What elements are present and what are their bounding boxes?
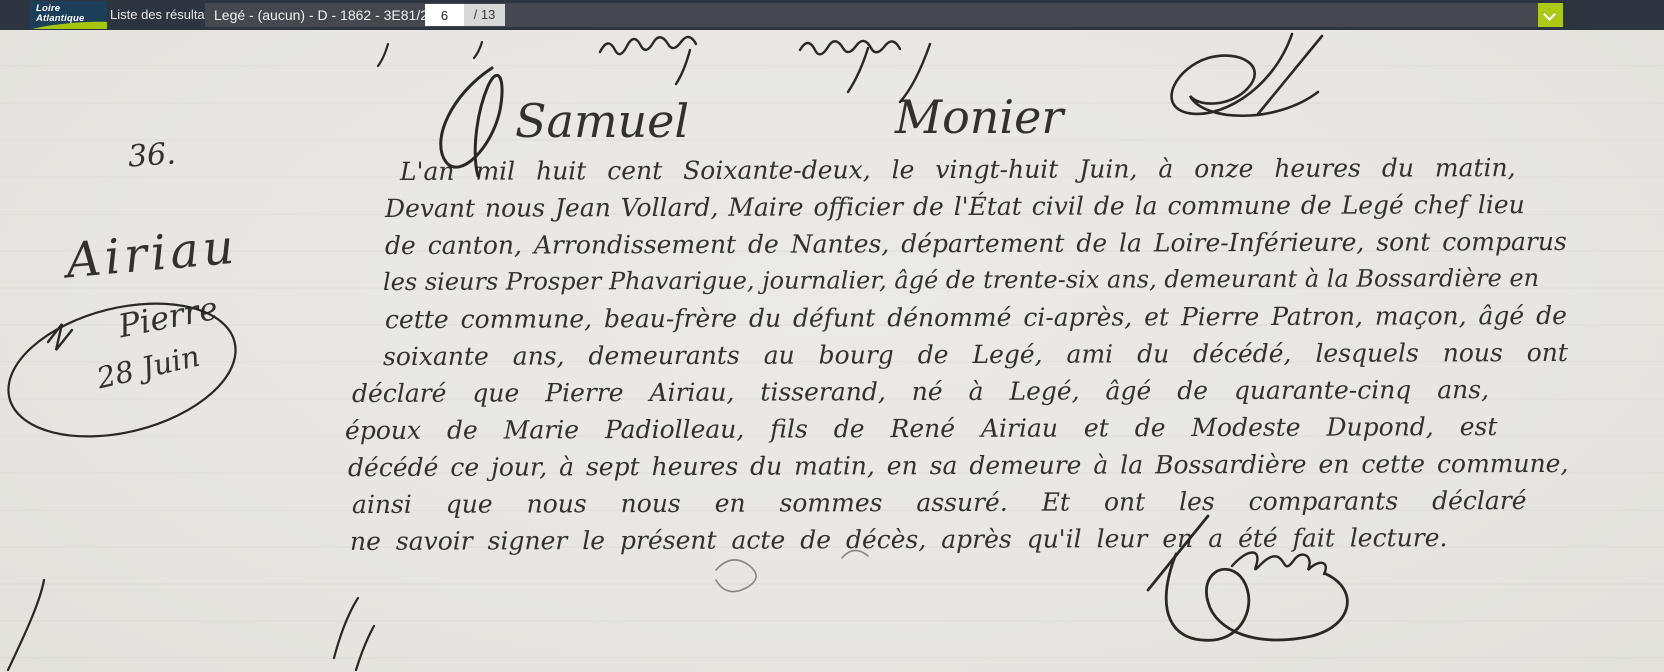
handwriting-line-11: ne savoir signer le présent acte de décè… — [350, 523, 1448, 556]
cropped-line-fragment — [378, 42, 482, 66]
viewer-toolbar: Loire Atlantique Liste des résultats : L… — [0, 0, 1664, 30]
handwriting-line-8: époux de Marie Padiolleau, fils de René … — [345, 412, 1497, 445]
handwriting-line-7: déclaré que Pierre Airiau, tisserand, né… — [352, 375, 1489, 408]
handwriting-line-1: L'an mil huit cent Soixante-deux, le vin… — [400, 153, 1516, 186]
result-strip: Legé - (aucun) - D - 1862 - 3E81/27 / 13 — [205, 3, 1563, 27]
handwriting-line-6: soixante ans, demeurants au bourg de Leg… — [383, 338, 1568, 371]
cropped-line-fragment — [600, 37, 696, 84]
mayor-signature — [1166, 554, 1347, 640]
margin-date: 28 Juin — [94, 339, 203, 396]
stray-stroke — [716, 550, 868, 591]
page-total: / 13 — [464, 4, 505, 26]
signature-flourish-top — [1172, 34, 1318, 116]
document-scan[interactable]: Samuel Monier 36. Airiau Pierre 28 Juin … — [0, 30, 1664, 672]
logo-text: Loire Atlantique — [30, 1, 107, 23]
act-heading-surname: Monier — [895, 90, 1063, 144]
signature-flourish-top — [1258, 36, 1322, 114]
dropdown-button[interactable] — [1538, 3, 1563, 27]
page-number-input[interactable] — [425, 4, 464, 26]
handwriting-line-5: cette commune, beau-frère du défunt déno… — [385, 301, 1567, 334]
handwriting-line-10: ainsi que nous nous en sommes assuré. Et… — [352, 486, 1527, 519]
mayor-signature — [1232, 553, 1326, 575]
margin-paraphe — [48, 324, 72, 350]
archive-viewer-window: Samuel Monier 36. Airiau Pierre 28 Juin … — [0, 0, 1664, 672]
stray-stroke — [8, 580, 374, 670]
margin-surname: Airiau — [64, 219, 240, 290]
handwriting-line-2: Devant nous Jean Vollard, Maire officier… — [385, 190, 1525, 223]
margin-given-name: Pierre — [115, 289, 221, 345]
result-reference: Legé - (aucun) - D - 1862 - 3E81/27 — [214, 3, 436, 27]
handwriting-line-4: les sieurs Prosper Phavarigue, journalie… — [383, 264, 1539, 296]
act-heading-given-name: Samuel — [515, 94, 689, 148]
handwriting-line-3: de canton, Arrondissement de Nantes, dép… — [385, 227, 1567, 260]
loire-atlantique-logo[interactable]: Loire Atlantique — [30, 1, 107, 29]
chevron-down-icon — [1543, 8, 1556, 21]
margin-act-number: 36. — [127, 136, 177, 174]
handwriting-line-9: décédé ce jour, à sept heures du matin, … — [348, 449, 1569, 482]
